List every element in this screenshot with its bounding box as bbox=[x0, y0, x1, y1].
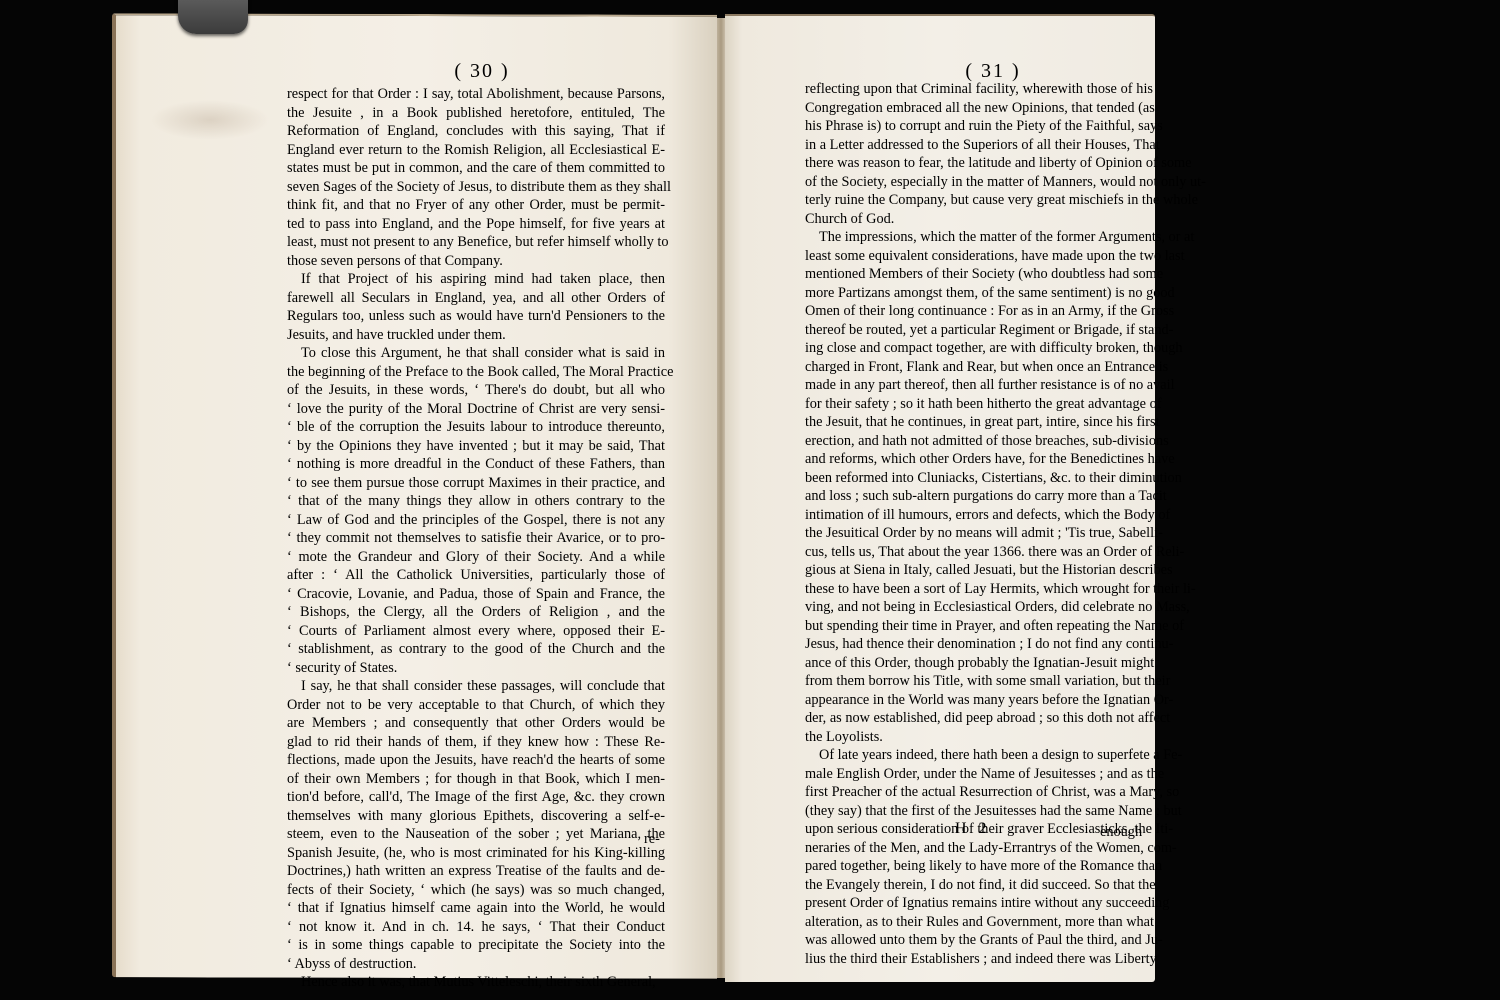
text-line: neraries of the Men, and the Lady-Errant… bbox=[805, 839, 1153, 858]
text-line: the Jesuite , in a Book published hereto… bbox=[287, 104, 665, 123]
text-line: in a Letter addressed to the Superiors o… bbox=[805, 136, 1153, 155]
text-line: To close this Argument, he that shall co… bbox=[287, 344, 665, 363]
text-line: tion'd before, call'd, The Image of the … bbox=[287, 788, 665, 807]
text-line: Church of God. bbox=[805, 210, 1153, 229]
text-line: mentioned Members of their Society (who … bbox=[805, 265, 1153, 284]
text-line: ‘ they commit not themselves to satisfie… bbox=[287, 529, 665, 548]
text-line: ‘ ble of the corruption the Jesuits labo… bbox=[287, 418, 665, 437]
text-line: seven Sages of the Society of Jesus, to … bbox=[287, 178, 665, 197]
text-line: these to have been a sort of Lay Hermits… bbox=[805, 580, 1153, 599]
text-line: ‘ is in some things capable to precipita… bbox=[287, 936, 665, 955]
text-line: and reforms, which other Orders have, fo… bbox=[805, 450, 1153, 469]
text-line: Congregation embraced all the new Opinio… bbox=[805, 99, 1153, 118]
text-line: for their safety ; so it hath been hithe… bbox=[805, 395, 1153, 414]
text-line: there was reason to fear, the latitude a… bbox=[805, 154, 1153, 173]
left-page-number: ( 30 ) bbox=[452, 60, 512, 83]
text-line: states must be put in common, and the ca… bbox=[287, 159, 665, 178]
signature-mark: H 2 bbox=[955, 820, 991, 838]
text-line: glad to rid their hands of them, if they… bbox=[287, 733, 665, 752]
text-line: ‘ not know it. And in ch. 14. he says, ‘… bbox=[287, 918, 665, 937]
text-line: alteration, as to their Rules and Govern… bbox=[805, 913, 1153, 932]
text-line: reflecting upon that Criminal facility, … bbox=[805, 80, 1153, 99]
text-line: ‘ mote the Grandeur and Glory of their S… bbox=[287, 548, 665, 567]
text-line: the Loyolists. bbox=[805, 728, 1153, 747]
text-line: of their own Members ; for though in tha… bbox=[287, 770, 665, 789]
text-line: Reformation of England, concludes with t… bbox=[287, 122, 665, 141]
text-line: ‘ that of the many things they allow in … bbox=[287, 492, 665, 511]
text-line: pared together, being likely to have mor… bbox=[805, 857, 1153, 876]
text-line: gious at Siena in Italy, called Jesuati,… bbox=[805, 561, 1153, 580]
text-line: (they say) that the first of the Jesuite… bbox=[805, 802, 1153, 821]
text-line: ‘ that if Ignatius himself came again in… bbox=[287, 899, 665, 918]
text-line: lius the third their Establishers ; and … bbox=[805, 950, 1153, 969]
text-line: was allowed unto them by the Grants of P… bbox=[805, 931, 1153, 950]
text-line: Hence also it was, that Mutius Vittelesc… bbox=[287, 973, 665, 992]
text-line: after : ‘ All the Catholick Universities… bbox=[287, 566, 665, 585]
text-line: Regulars too, unless such as would have … bbox=[287, 307, 665, 326]
text-line: appearance in the World was many years b… bbox=[805, 691, 1153, 710]
text-line: If that Project of his aspiring mind had… bbox=[287, 270, 665, 289]
text-line: Omen of their long continuance : For as … bbox=[805, 302, 1153, 321]
ink-stain bbox=[150, 100, 270, 140]
text-line: ving, and not being in Ecclesiastical Or… bbox=[805, 598, 1153, 617]
text-line: male English Order, under the Name of Je… bbox=[805, 765, 1153, 784]
text-line: ‘ nothing is more dreadful in the Conduc… bbox=[287, 455, 665, 474]
text-line: the Jesuitical Order by no means will ad… bbox=[805, 524, 1153, 543]
text-line: first Preacher of the actual Resurrectio… bbox=[805, 783, 1153, 802]
left-catchword: re- bbox=[644, 831, 660, 848]
text-line: Order not to be very acceptable to that … bbox=[287, 696, 665, 715]
text-line: Of late years indeed, there hath been a … bbox=[805, 746, 1153, 765]
text-line: ‘ Cracovie, Lovanie, and Padua, those of… bbox=[287, 585, 665, 604]
text-line: and loss ; such sub-altern purgations do… bbox=[805, 487, 1153, 506]
text-line: farewell all Seculars in England, yea, a… bbox=[287, 289, 665, 308]
text-line: charged in Front, Flank and Rear, but wh… bbox=[805, 358, 1153, 377]
text-line: cus, tells us, That about the year 1366.… bbox=[805, 543, 1153, 562]
text-line: from them borrow his Title, with some sm… bbox=[805, 672, 1153, 691]
text-line: ‘ Law of God and the principles of the G… bbox=[287, 511, 665, 530]
text-line: more Partizans amongst them, of the same… bbox=[805, 284, 1153, 303]
text-line: ing close and compact together, are with… bbox=[805, 339, 1153, 358]
right-catchword: enough bbox=[1100, 824, 1142, 841]
text-line: themselves with many glorious Epithets, … bbox=[287, 807, 665, 826]
text-line: ‘ stablishment, as contrary to the good … bbox=[287, 640, 665, 659]
text-line: ‘ love the purity of the Moral Doctrine … bbox=[287, 400, 665, 419]
text-line: respect for that Order : I say, total Ab… bbox=[287, 85, 665, 104]
text-line: ‘ Bishops, the Clergy, all the Orders of… bbox=[287, 603, 665, 622]
text-line: ted to pass into England, and the Pope h… bbox=[287, 215, 665, 234]
text-line: the Jesuit, that he continues, in great … bbox=[805, 413, 1153, 432]
text-line: ‘ security of States. bbox=[287, 659, 665, 678]
text-line: made in any part thereof, then all furth… bbox=[805, 376, 1153, 395]
text-line: least some equivalent considerations, ha… bbox=[805, 247, 1153, 266]
text-line: are Members ; and consequently that othe… bbox=[287, 714, 665, 733]
text-line: Jesus, had thence their denomination ; I… bbox=[805, 635, 1153, 654]
text-line: England ever return to the Romish Religi… bbox=[287, 141, 665, 160]
text-line: thereof be routed, yet a particular Regi… bbox=[805, 321, 1153, 340]
left-page-body: respect for that Order : I say, total Ab… bbox=[287, 85, 665, 992]
text-line: der, as now established, did peep abroad… bbox=[805, 709, 1153, 728]
text-line: terly ruine the Company, but cause very … bbox=[805, 191, 1153, 210]
text-line: but spending their time in Prayer, and o… bbox=[805, 617, 1153, 636]
text-line: ‘ by the Opinions they have invented ; b… bbox=[287, 437, 665, 456]
text-line: of the Society, especially in the matter… bbox=[805, 173, 1153, 192]
text-line: flections, made upon the Jesuits, have r… bbox=[287, 751, 665, 770]
text-line: I say, he that shall consider these pass… bbox=[287, 677, 665, 696]
text-line: steem, even to the Nauseation of the sob… bbox=[287, 825, 665, 844]
text-line: Jesuits, and have truckled under them. bbox=[287, 326, 665, 345]
text-line: fects of their Society, ‘ which (he says… bbox=[287, 881, 665, 900]
page-clip bbox=[178, 0, 248, 34]
text-line: his Phrase is) to corrupt and ruin the P… bbox=[805, 117, 1153, 136]
text-line: ‘ Abyss of destruction. bbox=[287, 955, 665, 974]
text-line: present Order of Ignatius remains intire… bbox=[805, 894, 1153, 913]
text-line: Spanish Jesuite, (he, who is most crimin… bbox=[287, 844, 665, 863]
text-line: of the Jesuits, in these words, ‘ There'… bbox=[287, 381, 665, 400]
text-line: think fit, and that no Fryer of any othe… bbox=[287, 196, 665, 215]
text-line: least, must not present to any Benefice,… bbox=[287, 233, 665, 252]
text-line: the beginning of the Preface to the Book… bbox=[287, 363, 665, 382]
text-line: those seven persons of that Company. bbox=[287, 252, 665, 271]
text-line: ‘ to see them pursue those corrupt Maxim… bbox=[287, 474, 665, 493]
text-line: the Evangely therein, I do not find, it … bbox=[805, 876, 1153, 895]
text-line: ance of this Order, though probably the … bbox=[805, 654, 1153, 673]
text-line: ‘ Courts of Parliament almost every wher… bbox=[287, 622, 665, 641]
text-line: The impressions, which the matter of the… bbox=[805, 228, 1153, 247]
text-line: been reformed into Cluniacks, Cistertian… bbox=[805, 469, 1153, 488]
text-line: intimation of ill humours, errors and de… bbox=[805, 506, 1153, 525]
text-line: Doctrines,) hath written an express Trea… bbox=[287, 862, 665, 881]
text-line: erection, and hath not admitted of those… bbox=[805, 432, 1153, 451]
